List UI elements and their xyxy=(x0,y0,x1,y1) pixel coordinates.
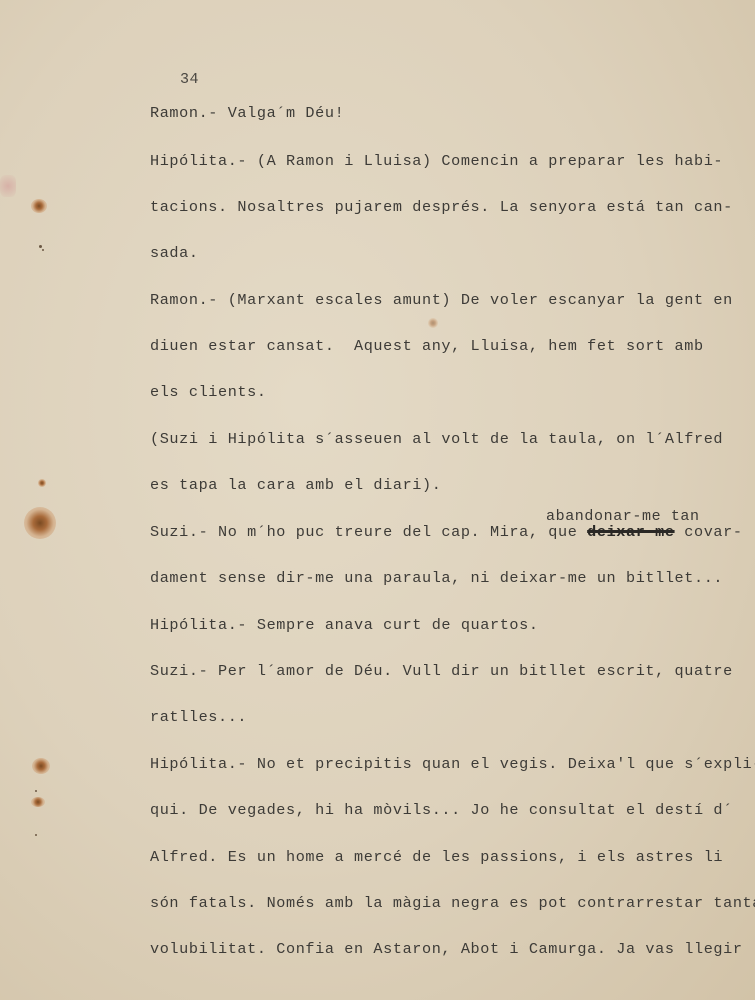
script-line: tacions. Nosaltres pujarem després. La s… xyxy=(150,198,733,216)
rust-spot xyxy=(24,507,56,539)
rust-spot xyxy=(38,479,46,487)
speck xyxy=(35,790,37,792)
line-text-before: Suzi.- No m´ho puc treure del cap. Mira,… xyxy=(150,523,587,541)
script-line: sada. xyxy=(150,244,199,262)
script-line: Alfred. Es un home a mercé de les passio… xyxy=(150,848,723,866)
script-line: Ramon.- Valga´m Déu! xyxy=(150,104,344,122)
script-line: es tapa la cara amb el diari). xyxy=(150,476,441,494)
script-line-with-correction: Suzi.- No m´ho puc treure del cap. Mira,… xyxy=(150,523,743,541)
script-line: diuen estar cansat. Aquest any, Lluisa, … xyxy=(150,337,704,355)
script-line: Hipólita.- Sempre anava curt de quartos. xyxy=(150,616,539,634)
script-line: dament sense dir-me una paraula, ni deix… xyxy=(150,569,723,587)
speck xyxy=(39,245,42,248)
script-line: els clients. xyxy=(150,383,267,401)
rust-spot xyxy=(32,758,50,774)
speck xyxy=(42,249,44,251)
script-line: (Suzi i Hipólita s´asseuen al volt de la… xyxy=(150,430,723,448)
script-line: qui. De vegades, hi ha mòvils... Jo he c… xyxy=(150,801,733,819)
rust-spot xyxy=(31,797,45,807)
script-line: Hipólita.- No et precipitis quan el vegi… xyxy=(150,755,755,773)
script-line: Ramon.- (Marxant escales amunt) De voler… xyxy=(150,291,733,309)
script-line: són fatals. Només amb la màgia negra es … xyxy=(150,894,755,912)
page-number: 34 xyxy=(180,71,199,88)
document-page: 34 Ramon.- Valga´m Déu! Hipólita.- (A Ra… xyxy=(0,0,755,1000)
script-line: ratlles... xyxy=(150,708,247,726)
speck xyxy=(35,834,37,836)
script-line: Hipólita.- (A Ramon i Lluisa) Comencin a… xyxy=(150,152,723,170)
rust-spot xyxy=(428,318,438,328)
rust-spot xyxy=(31,199,47,213)
script-line: volubilitat. Confia en Astaron, Abot i C… xyxy=(150,940,743,958)
line-text-after: covar- xyxy=(675,523,743,541)
script-line: Suzi.- Per l´amor de Déu. Vull dir un bi… xyxy=(150,662,733,680)
stain-mark xyxy=(0,175,16,197)
struck-out-word: deixar-me xyxy=(587,523,674,541)
